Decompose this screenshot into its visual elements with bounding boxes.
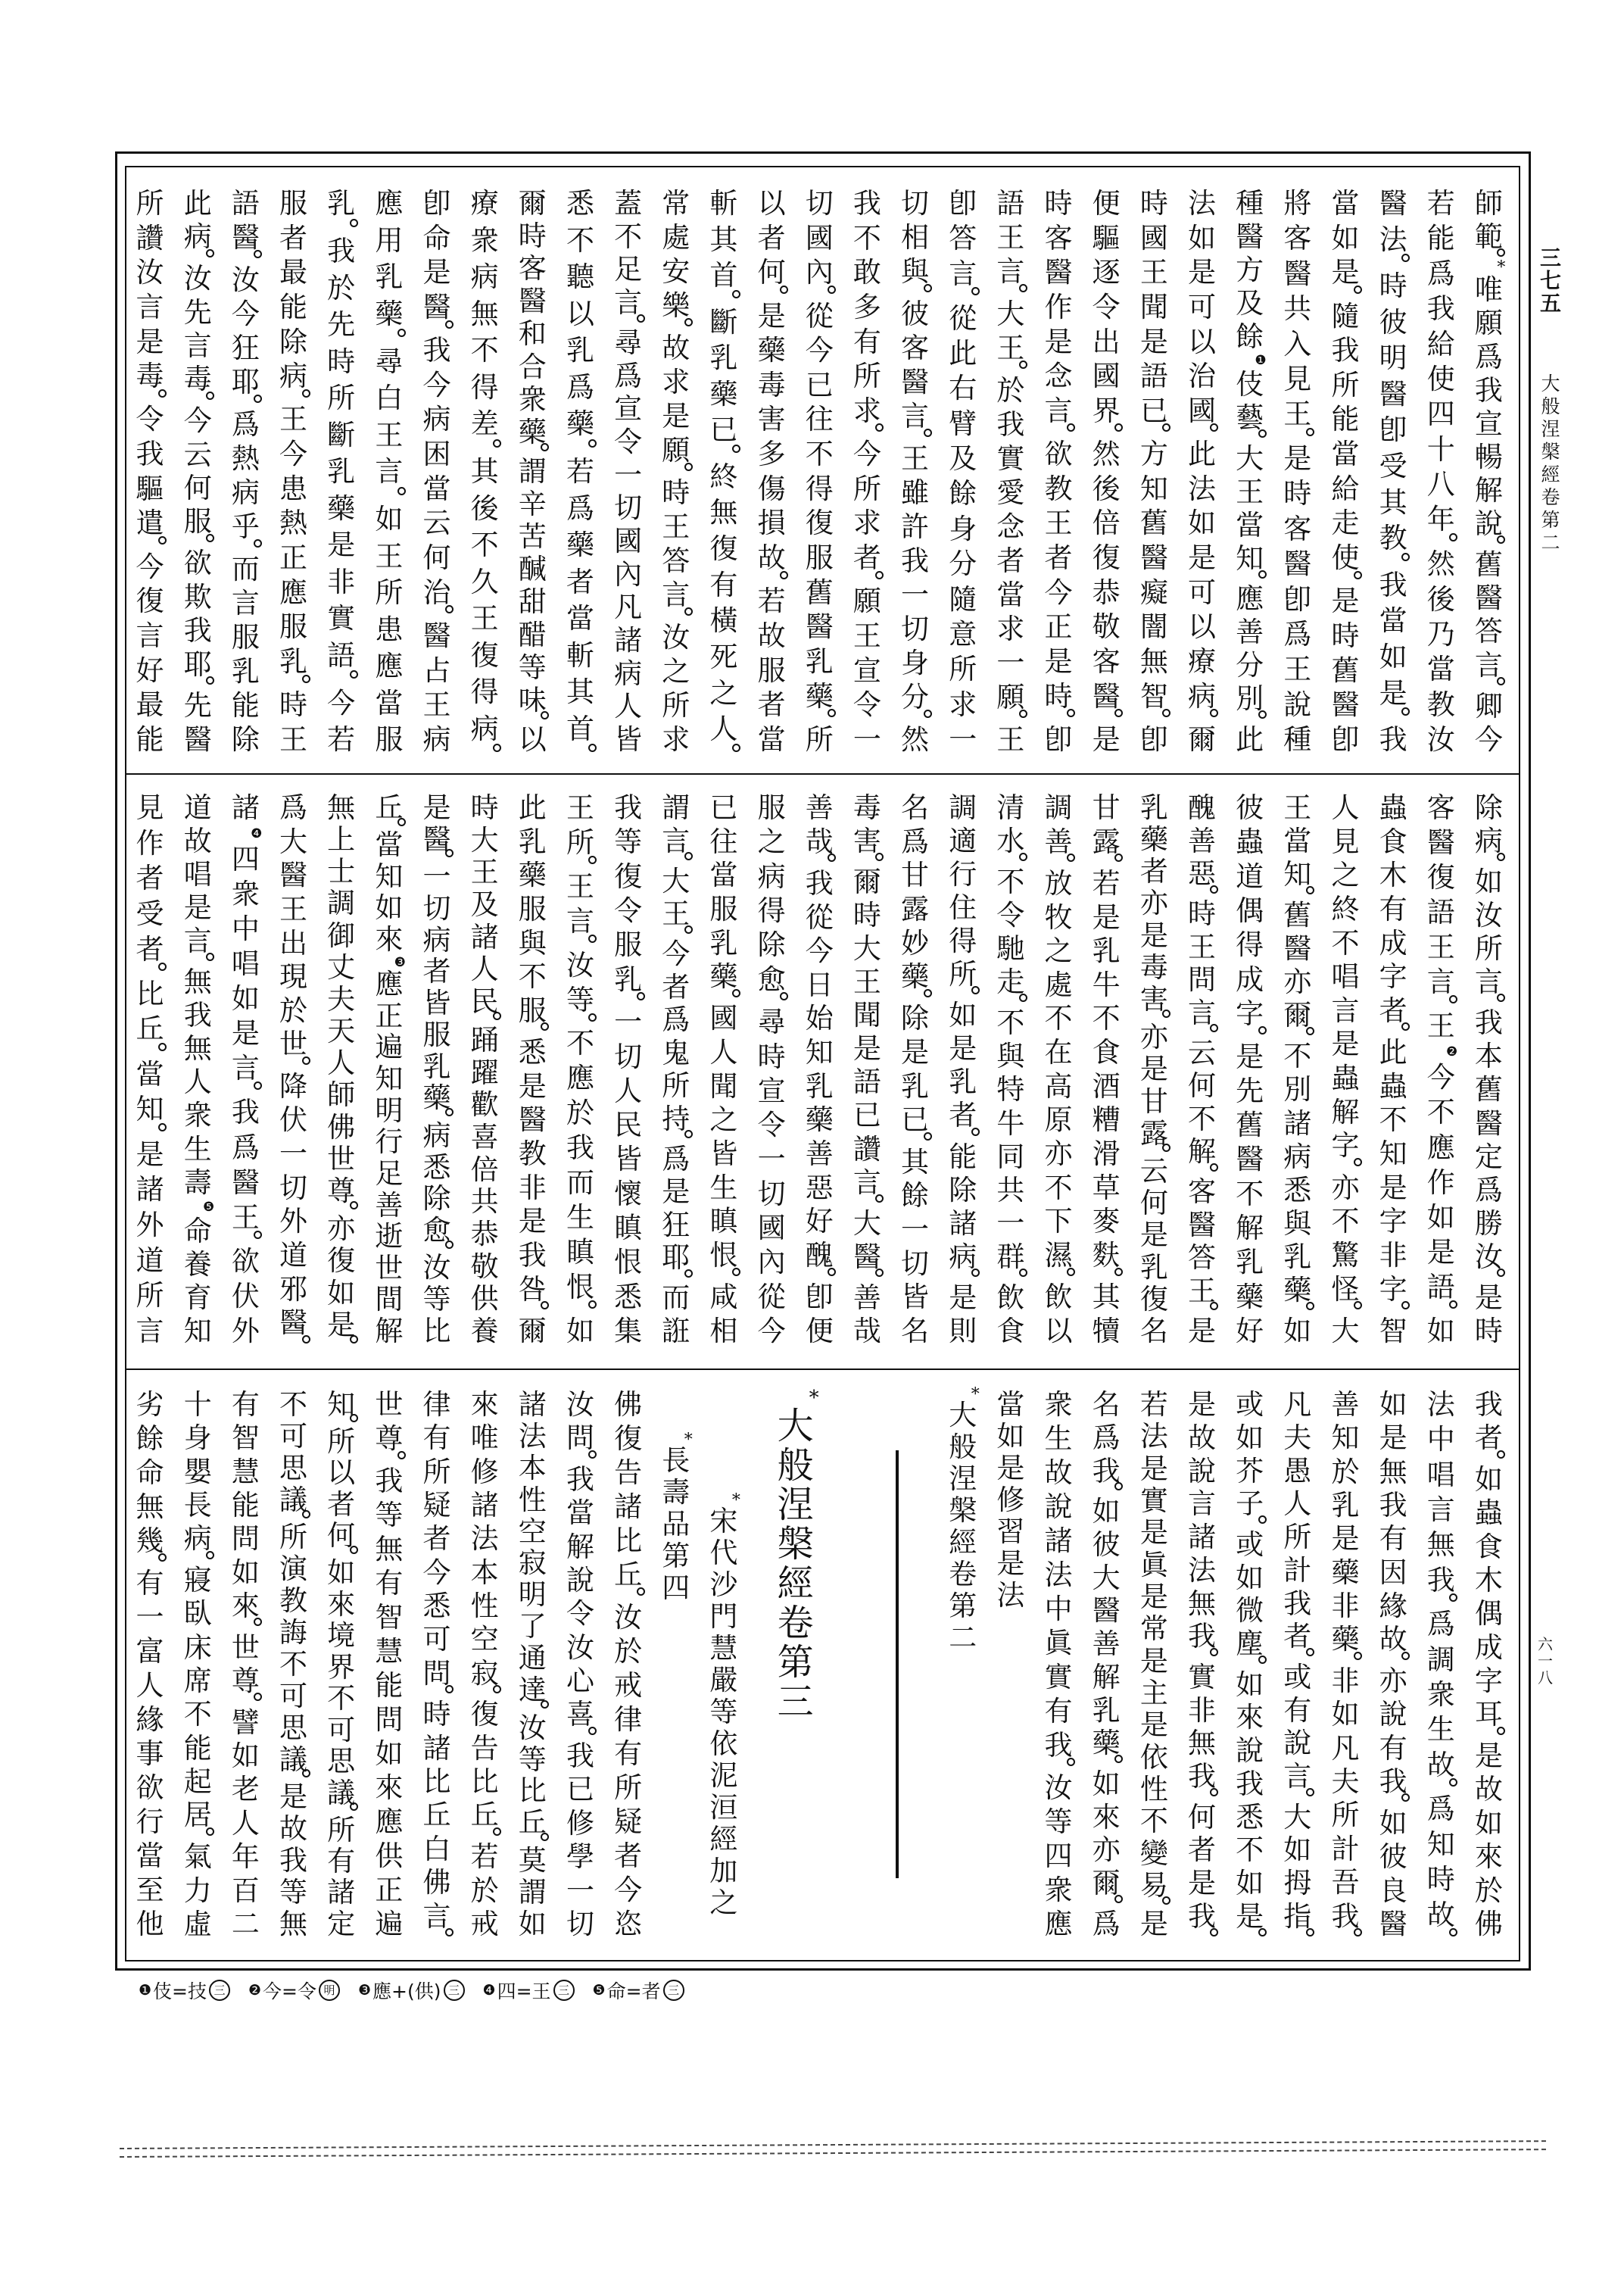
glyph: 已	[850, 1100, 884, 1131]
glyph: 不	[612, 222, 645, 252]
glyph: 法	[1185, 189, 1218, 219]
glyph: 臂	[946, 409, 980, 439]
glyph: 後	[1424, 585, 1457, 615]
punctuation-mark: 。	[803, 716, 836, 720]
glyph: 王	[1424, 1011, 1457, 1041]
glyph: 爲	[1472, 1175, 1505, 1206]
text-column: 便驅逐令出國界。然後倍復恭敬客醫。是	[1083, 189, 1130, 755]
glyph: 比	[420, 1316, 454, 1347]
punctuation-mark: 。	[899, 435, 932, 440]
punctuation-mark: 。	[277, 1517, 310, 1521]
glyph: 爲	[659, 1005, 693, 1035]
glyph: 解	[1472, 476, 1505, 506]
glyph: 若	[325, 725, 358, 755]
glyph: 放	[1042, 869, 1075, 899]
glyph: 是	[899, 1038, 932, 1068]
glyph: 耶	[229, 367, 262, 398]
glyph: 非	[516, 1173, 549, 1203]
glyph: 一	[994, 648, 1027, 679]
glyph: 無	[1137, 647, 1170, 677]
glyph: 生	[1042, 1424, 1075, 1454]
glyph: 能	[229, 691, 262, 721]
glyph: 乳	[1233, 1247, 1267, 1278]
glyph: 經	[946, 1528, 980, 1558]
glyph: 修	[994, 1485, 1027, 1515]
glyph: 與	[1281, 1209, 1314, 1239]
punctuation-mark: 。	[1472, 860, 1505, 864]
glyph: 令	[612, 427, 645, 457]
glyph: 界	[325, 1653, 358, 1683]
punctuation-mark: 。	[563, 1734, 597, 1738]
glyph: 復	[803, 508, 836, 538]
glyph: 善	[1042, 827, 1075, 857]
glyph: 所	[1329, 1800, 1362, 1830]
glyph: 智	[1137, 682, 1170, 712]
glyph: 尊	[229, 1666, 262, 1696]
glyph: 故	[277, 1814, 310, 1844]
glyph: 皆	[612, 725, 645, 755]
glyph: 正	[1042, 612, 1075, 642]
glyph: 多	[755, 439, 788, 470]
glyph: 所	[372, 578, 406, 608]
glyph: 國	[755, 1213, 788, 1244]
glyph: 衆	[1424, 1680, 1457, 1710]
glyph: 爲	[1281, 619, 1314, 650]
glyph: 如	[1089, 1496, 1123, 1527]
glyph: 甘	[1089, 793, 1123, 823]
fascicle-title: *大般涅槃經卷第三	[747, 1390, 843, 1940]
punctuation-mark: 。	[133, 543, 167, 548]
glyph: 之	[659, 657, 693, 687]
glyph: 拇	[1281, 1868, 1314, 1899]
glyph: 分	[946, 549, 980, 579]
glyph: 當	[1376, 606, 1410, 636]
punctuation-mark: 。	[181, 256, 214, 261]
glyph: 思	[325, 1746, 358, 1777]
glyph: 有	[1281, 1696, 1314, 1726]
text-column: 將客醫共入見王。是時客醫卽爲王說種	[1273, 189, 1321, 755]
glyph: 治	[1185, 361, 1218, 392]
glyph: 療	[468, 189, 501, 219]
glyph: 處	[1042, 970, 1075, 1000]
glyph: 喜	[563, 1699, 597, 1730]
glyph: 露	[1089, 827, 1123, 857]
punctuation-mark: 。	[563, 1020, 597, 1025]
glyph: 除	[1472, 793, 1505, 823]
glyph: 說	[1281, 690, 1314, 720]
glyph: 所	[1472, 934, 1505, 964]
glyph: 損	[755, 508, 788, 538]
glyph: 尋	[372, 347, 406, 377]
glyph: 從	[755, 1282, 788, 1312]
glyph: 育	[181, 1283, 214, 1313]
punctuation-mark: 。	[1424, 1785, 1457, 1790]
glyph: 往	[803, 404, 836, 435]
punctuation-mark: 。	[1233, 1935, 1267, 1940]
glyph: 有	[1042, 1696, 1075, 1727]
glyph: 今	[1042, 578, 1075, 608]
glyph: 命	[133, 1458, 167, 1488]
glyph: 可	[1185, 292, 1218, 323]
glyph: 是	[1424, 1237, 1457, 1268]
punctuation-mark: 。	[612, 321, 645, 326]
glyph: 復	[1137, 1284, 1170, 1315]
glyph: 道	[181, 793, 214, 823]
glyph: 所	[946, 960, 980, 990]
text-column: 時客醫作是念言。欲教王者今正是時。卽	[1034, 189, 1082, 755]
glyph: 遍	[372, 1909, 406, 1940]
glyph: 瞋	[563, 1237, 597, 1268]
glyph: 病	[1472, 826, 1505, 857]
glyph: 得	[803, 474, 836, 504]
glyph: 諸	[1185, 1522, 1218, 1553]
glyph: 內	[755, 1247, 788, 1278]
glyph: 芥	[1233, 1456, 1267, 1487]
punctuation-mark: 。	[659, 932, 693, 937]
glyph: 我	[994, 410, 1027, 440]
glyph: 所	[850, 474, 884, 504]
glyph: 亦	[1376, 1666, 1410, 1696]
glyph: 法	[516, 1422, 549, 1452]
glyph: 服	[755, 656, 788, 686]
punctuation-mark: 。	[659, 325, 693, 329]
register-bottom: 我者。如蟲食木偶成字耳。是故如來於佛 法中唱言無我。爲調衆生故。爲知時故。 如是…	[126, 1390, 1513, 1940]
glyph: 二	[1537, 532, 1564, 554]
punctuation-mark: 。	[1281, 1655, 1314, 1659]
glyph: 可	[277, 1681, 310, 1712]
register-middle: 除病。如汝所言。我本舊醫定爲勝汝。是時 客醫復語王言。王❷今不應作如是語。如 蟲…	[126, 793, 1513, 1347]
edition-circle-icon: 三	[553, 1980, 575, 2001]
glyph: 病	[229, 478, 262, 508]
glyph: 敢	[850, 257, 884, 288]
glyph: 不	[994, 1008, 1027, 1038]
glyph: 王	[277, 725, 310, 755]
glyph: 逝	[372, 1222, 406, 1252]
glyph: 汝	[420, 1253, 454, 1283]
glyph: 右	[946, 373, 980, 404]
punctuation-mark: 。	[1185, 716, 1218, 720]
glyph: 得	[468, 677, 501, 707]
glyph: 時	[1281, 479, 1314, 509]
glyph: 說	[1281, 1728, 1314, 1759]
glyph: 依	[707, 1729, 740, 1759]
glyph: 首	[563, 714, 597, 744]
glyph: 爲	[229, 1133, 262, 1163]
glyph: 三	[1537, 247, 1564, 270]
glyph: 道	[133, 1246, 167, 1276]
glyph: 已	[803, 370, 836, 401]
footnote: ❹ 四=王 三	[483, 1977, 575, 2004]
glyph: 二	[946, 1623, 980, 1653]
glyph: 一	[277, 1139, 310, 1169]
glyph: 此	[181, 189, 214, 219]
glyph: 當	[563, 604, 597, 634]
glyph: 我	[1376, 1767, 1410, 1797]
punctuation-mark: 。	[850, 1275, 884, 1280]
glyph: 服	[803, 543, 836, 573]
glyph: 性	[468, 1591, 501, 1621]
glyph: 大	[468, 825, 501, 856]
glyph: 恨	[612, 1247, 645, 1278]
fascicle-end-rule	[896, 1450, 899, 1878]
punctuation-mark: 。	[181, 398, 214, 403]
glyph: 故	[659, 333, 693, 364]
glyph: 不	[325, 1684, 358, 1714]
glyph: 是	[1376, 1423, 1410, 1453]
glyph: 語	[850, 1067, 884, 1097]
glyph: 不	[468, 530, 501, 560]
glyph: 喜	[468, 1122, 501, 1153]
punctuation-mark: *	[946, 1390, 980, 1399]
glyph: 故	[755, 543, 788, 573]
glyph: 法	[1042, 1560, 1075, 1590]
glyph: 而	[563, 1168, 597, 1198]
glyph: 泥	[707, 1761, 740, 1791]
glyph: 如	[946, 1000, 980, 1031]
glyph: 御	[325, 921, 358, 951]
punctuation-mark: 。	[277, 1776, 310, 1780]
glyph: 亦	[1329, 1173, 1362, 1203]
glyph: 驅	[133, 474, 167, 504]
glyph: 幾	[133, 1526, 167, 1556]
glyph: 切	[899, 189, 932, 219]
glyph: 王	[850, 621, 884, 651]
glyph: 尋	[755, 1007, 788, 1038]
glyph: 衆	[1042, 1390, 1075, 1420]
glyph: 是	[1137, 921, 1170, 951]
glyph: 佛	[325, 1113, 358, 1143]
glyph: 時	[850, 900, 884, 931]
glyph: 餘	[946, 479, 980, 509]
glyph: 醫	[229, 223, 262, 253]
glyph: 經	[1537, 463, 1564, 486]
glyph: 令	[994, 900, 1027, 931]
glyph: 亦	[1089, 1835, 1123, 1865]
glyph: 如	[1329, 223, 1362, 254]
punctuation-mark: 。	[277, 682, 310, 686]
glyph: 是	[1089, 903, 1123, 933]
text-column: 不可思議。所演教誨不可思議。是故我等無	[270, 1390, 317, 1940]
punctuation-mark: 。	[325, 226, 358, 230]
glyph: 能	[1329, 404, 1362, 435]
glyph: 者	[420, 957, 454, 987]
glyph: 誑	[659, 1316, 693, 1347]
glyph: 犢	[1089, 1316, 1123, 1347]
punctuation-mark: 。	[229, 1237, 262, 1242]
glyph: 大	[1329, 1316, 1362, 1347]
glyph: 遣	[133, 508, 167, 538]
scan-artifact-line	[120, 2149, 1546, 2158]
glyph: 行	[133, 1807, 167, 1837]
glyph: 木	[1376, 860, 1410, 891]
glyph: 汝	[659, 623, 693, 653]
glyph: 可	[420, 1624, 454, 1655]
glyph: 嬰	[181, 1457, 214, 1487]
punctuation-mark: 。	[563, 446, 597, 451]
glyph: 不	[1329, 1206, 1362, 1237]
glyph: 除	[946, 1175, 980, 1206]
glyph: 今	[659, 939, 693, 969]
glyph: 言	[133, 1316, 167, 1347]
punctuation-mark: 。	[516, 1308, 549, 1312]
glyph: 餘	[133, 1424, 167, 1454]
glyph: 醫	[277, 860, 310, 891]
glyph: 汝	[1472, 900, 1505, 931]
glyph: 卿	[1472, 691, 1505, 722]
glyph: 不	[1042, 1003, 1075, 1034]
glyph: 丈	[325, 953, 358, 983]
glyph: 大	[772, 1406, 819, 1446]
punctuation-mark: 。	[1233, 717, 1267, 722]
glyph: 我	[1424, 1565, 1457, 1596]
punctuation-mark: 。	[516, 1029, 549, 1034]
glyph: 諸	[468, 922, 501, 953]
glyph: 病	[420, 404, 454, 435]
glyph: 至	[133, 1875, 167, 1905]
glyph: 醫	[1137, 543, 1170, 573]
glyph: 驅	[1089, 223, 1123, 254]
glyph: 如	[1185, 508, 1218, 538]
glyph: 微	[1233, 1596, 1267, 1626]
punctuation-mark: 。	[1329, 578, 1362, 582]
punctuation-mark: 。	[1472, 1000, 1505, 1005]
punctuation-mark: 。	[1233, 1662, 1267, 1667]
glyph: 勝	[1472, 1209, 1505, 1239]
glyph: 飲	[994, 1283, 1027, 1313]
glyph: 求	[994, 614, 1027, 644]
footnote-text: 應+(供)	[372, 1977, 441, 2004]
glyph: 告	[612, 1458, 645, 1488]
glyph: 來	[468, 1390, 501, 1420]
glyph: 其	[468, 457, 501, 487]
glyph: 國	[707, 1003, 740, 1034]
glyph: 當	[994, 580, 1027, 610]
glyph: 良	[1376, 1876, 1410, 1906]
glyph: 相	[707, 1316, 740, 1347]
glyph: 分	[899, 682, 932, 713]
glyph: 從	[803, 903, 836, 933]
glyph: 病	[468, 262, 501, 292]
glyph: 氣	[181, 1842, 214, 1872]
punctuation-mark: 。	[229, 1088, 262, 1093]
text-column: 我者。如蟲食木偶成字耳。是故如來於佛	[1465, 1390, 1513, 1940]
glyph: 緣	[133, 1705, 167, 1735]
text-column: 醜善惡。時王問言。云何不解。客醫答王。是	[1178, 793, 1226, 1347]
glyph: 乎	[229, 512, 262, 542]
glyph: 服	[277, 189, 310, 219]
punctuation-mark: 。	[133, 969, 167, 974]
glyph: 衆	[516, 385, 549, 415]
glyph: 今	[420, 370, 454, 401]
glyph: 言	[229, 1053, 262, 1084]
glyph: 一	[563, 1876, 597, 1906]
glyph: 先	[181, 691, 214, 721]
glyph: 客	[1424, 793, 1457, 823]
glyph: 醫	[850, 1242, 884, 1272]
glyph: 於	[468, 1876, 501, 1906]
glyph: 應	[372, 651, 406, 682]
glyph: 王	[229, 1203, 262, 1233]
glyph: 國	[1089, 361, 1123, 392]
punctuation-mark: 。	[372, 825, 406, 829]
glyph: 正	[372, 1001, 406, 1031]
text-column: 醫法。時彼明醫卽受其教。我當如是。我	[1370, 189, 1417, 755]
glyph: 無	[1185, 1728, 1218, 1759]
glyph: 大	[277, 827, 310, 857]
glyph: 病	[181, 1524, 214, 1554]
punctuation-mark: 。	[516, 450, 549, 454]
glyph: 服	[707, 894, 740, 925]
footnote-marker: ❶	[139, 1982, 151, 1999]
glyph: 比	[468, 1767, 501, 1797]
glyph: 不	[181, 1699, 214, 1730]
glyph: 毒	[850, 793, 884, 823]
glyph: 走	[994, 967, 1027, 997]
glyph: 愛	[994, 478, 1027, 508]
glyph: 草	[1089, 1173, 1123, 1203]
glyph: 狂	[229, 333, 262, 364]
text-column: 或如芥子。或如微塵。如來說我悉不如是。	[1226, 1390, 1273, 1940]
glyph: 今	[420, 1558, 454, 1588]
glyph: 是	[946, 1283, 980, 1313]
glyph: 人	[1281, 1489, 1314, 1519]
glyph: 如	[1089, 1769, 1123, 1799]
glyph: 牛	[994, 1109, 1027, 1139]
punctuation-mark: 。	[1329, 1935, 1362, 1940]
glyph: 我	[803, 869, 836, 899]
glyph: 劣	[133, 1390, 167, 1420]
text-column: 悉不聽以乳爲藥。若爲藥者當斬其首。	[556, 189, 604, 755]
glyph: 本	[468, 1558, 501, 1588]
glyph: 大	[994, 299, 1027, 329]
punctuation-mark: 。	[946, 1134, 980, 1139]
glyph: 應	[372, 1807, 406, 1837]
glyph: 麩	[1089, 1241, 1123, 1271]
glyph: 服	[181, 507, 214, 537]
glyph: 世	[325, 1144, 358, 1175]
glyph: 大	[850, 934, 884, 964]
glyph: 唱	[1329, 962, 1362, 992]
glyph: 王	[277, 404, 310, 435]
punctuation-mark: 。	[1424, 1600, 1457, 1605]
glyph: 爲	[1089, 1423, 1123, 1453]
glyph: 教	[1376, 523, 1410, 554]
glyph: 服	[516, 996, 549, 1026]
punctuation-mark: 。	[755, 999, 788, 1003]
glyph: 明	[1376, 343, 1410, 373]
text-column: 此乳藥服與不服。悉是醫教非是我咎。爾	[509, 793, 556, 1347]
glyph: 法	[1185, 474, 1218, 504]
glyph: 緣	[1376, 1591, 1410, 1621]
glyph: 時	[468, 793, 501, 823]
glyph: 敬	[468, 1252, 501, 1282]
glyph: 歡	[468, 1090, 501, 1120]
glyph: 服	[420, 1020, 454, 1050]
glyph: 王	[468, 857, 501, 888]
punctuation-mark: 。	[325, 1809, 358, 1814]
glyph: 可	[277, 1422, 310, 1452]
glyph: 應	[1424, 1133, 1457, 1163]
glyph: 答	[1472, 616, 1505, 647]
glyph: 醫	[229, 1168, 262, 1198]
glyph: 終	[707, 462, 740, 492]
glyph: 明	[516, 1580, 549, 1610]
glyph: 言	[181, 331, 214, 361]
glyph: 是	[325, 530, 358, 560]
glyph: 第	[772, 1643, 819, 1682]
glyph: 復	[325, 1246, 358, 1276]
glyph: 所	[133, 1281, 167, 1311]
